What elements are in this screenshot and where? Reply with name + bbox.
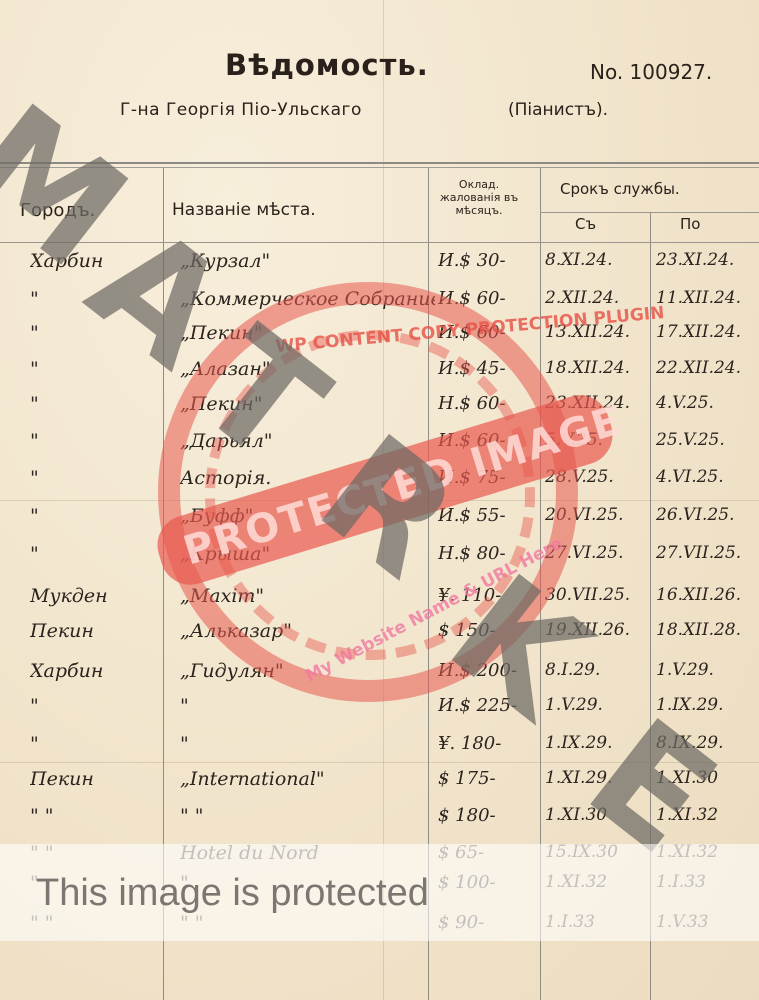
cell-salary: ¥. 180-	[438, 733, 538, 754]
table-row: Пекин„Альказар"$ 150-19.XII.26.18.XII.28…	[0, 620, 759, 656]
header-from: Съ	[575, 215, 596, 233]
cell-to-date: 8.IX.29.	[656, 733, 759, 753]
header-place: Названіе мѣста.	[172, 200, 316, 220]
cell-to-date: 1.V.29.	[656, 660, 759, 680]
cell-from-date: 13.XII.24.	[545, 322, 650, 342]
cell-from-date: 1.V.29.	[545, 695, 650, 715]
cell-to-date: 26.VI.25.	[656, 505, 759, 525]
cell-to-date: 1.XI.32	[656, 805, 759, 825]
cell-place: Асторія.	[180, 467, 435, 489]
cell-place: „Пекин"	[180, 322, 435, 344]
table-row: "„Коммерческое Собрание"И.$ 60-2.XII.24.…	[0, 288, 759, 324]
table-row: "Асторія.И.$ 75-28.V.25.4.VI.25.	[0, 467, 759, 503]
cell-place: " "	[180, 805, 435, 827]
cell-city: Мукден	[30, 585, 160, 607]
table-row: Пекин„International"$ 175-1.XI.29.1.XI.3…	[0, 768, 759, 804]
cell-salary: Н.$ 60-	[438, 393, 538, 414]
cell-city: "	[30, 393, 160, 415]
table-row: Харбин„Гидулян"И.$ 200-8.I.29.1.V.29.	[0, 660, 759, 696]
cell-from-date: 8.I.29.	[545, 660, 650, 680]
cell-city: "	[30, 288, 160, 310]
table-row: ""И.$ 225-1.V.29.1.IX.29.	[0, 695, 759, 731]
cell-to-date: 4.V.25.	[656, 393, 759, 413]
cell-city: "	[30, 733, 160, 755]
cell-place: "	[180, 695, 435, 717]
cell-place: „Курзал"	[180, 250, 435, 272]
cell-from-date: 8.XI.24.	[545, 250, 650, 270]
cell-to-date: 17.XII.24.	[656, 322, 759, 342]
cell-city: "	[30, 430, 160, 452]
cell-from-date: 20.VI.25.	[545, 505, 650, 525]
cell-place: „Крыша"	[180, 543, 435, 565]
cell-place: "	[180, 733, 435, 755]
cell-to-date: 23.XI.24.	[656, 250, 759, 270]
header-bottom-border	[0, 242, 759, 243]
cell-city: "	[30, 467, 160, 489]
cell-salary: ¥. 110-	[438, 585, 538, 606]
cell-place: „International"	[180, 768, 435, 790]
document-subtitle: Г-на Георгія Піо-Ульскаго	[120, 100, 362, 120]
cell-city: Пекин	[30, 768, 160, 790]
cell-salary: И.$ 75-	[438, 467, 538, 488]
cell-to-date: 22.XII.24.	[656, 358, 759, 378]
cell-from-date: 1.XI.29.	[545, 768, 650, 788]
table-row: "„Алазан"И.$ 45-18.XII.24.22.XII.24.	[0, 358, 759, 394]
table-row: "„Буфф"И.$ 55-20.VI.25.26.VI.25.	[0, 505, 759, 541]
cell-salary: $ 180-	[438, 805, 538, 826]
table-row: Харбин„Курзал"И.$ 30-8.XI.24.23.XI.24.	[0, 250, 759, 286]
cell-from-date: 5.V.25.	[545, 430, 650, 450]
cell-to-date: 1.XI.30	[656, 768, 759, 788]
cell-from-date: 2.XII.24.	[545, 288, 650, 308]
header-city: Городъ.	[20, 200, 95, 221]
cell-from-date: 1.XI.30	[545, 805, 650, 825]
table-row: "„Пекин"Н.$ 60-23.XII.24.4.V.25.	[0, 393, 759, 429]
profession-label: (Піанистъ).	[508, 100, 608, 120]
cell-from-date: 27.VI.25.	[545, 543, 650, 563]
header-to: По	[680, 215, 700, 233]
header-term: Срокъ службы.	[560, 180, 680, 198]
protection-banner-text: This image is protected	[36, 872, 429, 915]
cell-from-date: 30.VII.25.	[545, 585, 650, 605]
cell-to-date: 16.XII.26.	[656, 585, 759, 605]
cell-place: „Пекин"	[180, 393, 435, 415]
table-row: Мукден„Махіт"¥. 110-30.VII.25.16.XII.26.	[0, 585, 759, 621]
cell-city: " "	[30, 805, 160, 827]
cell-from-date: 23.XII.24.	[545, 393, 650, 413]
cell-salary: Н.$ 80-	[438, 543, 538, 564]
cell-salary: И.$ 225-	[438, 695, 538, 716]
cell-place: „Махіт"	[180, 585, 435, 607]
document-number: No. 100927.	[590, 60, 712, 84]
cell-to-date: 1.IX.29.	[656, 695, 759, 715]
table-row: "„Крыша"Н.$ 80-27.VI.25.27.VII.25.	[0, 543, 759, 579]
cell-salary: $ 150-	[438, 620, 538, 641]
cell-place: „Коммерческое Собрание"	[180, 288, 435, 310]
table-row: "„Пекин"И.$ 60-13.XII.24.17.XII.24.	[0, 322, 759, 358]
cell-city: "	[30, 322, 160, 344]
cell-salary: И.$ 55-	[438, 505, 538, 526]
cell-to-date: 11.XII.24.	[656, 288, 759, 308]
cell-to-date: 4.VI.25.	[656, 467, 759, 487]
cell-to-date: 25.V.25.	[656, 430, 759, 450]
cell-place: „Дарьял"	[180, 430, 435, 452]
cell-city: "	[30, 505, 160, 527]
cell-salary: И.$ 60-	[438, 322, 538, 343]
cell-salary: И.$ 30-	[438, 250, 538, 271]
header-salary: Оклад. жалованія въ мѣсяцъ.	[430, 178, 528, 217]
cell-salary: И.$ 60-	[438, 430, 538, 451]
cell-city: Пекин	[30, 620, 160, 642]
cell-place: „Буфф"	[180, 505, 435, 527]
cell-place: „Альказар"	[180, 620, 435, 642]
cell-city: Харбин	[30, 250, 160, 272]
cell-city: Харбин	[30, 660, 160, 682]
header-subdivider	[540, 212, 759, 213]
cell-salary: И.$ 45-	[438, 358, 538, 379]
cell-city: "	[30, 695, 160, 717]
cell-place: „Алазан"	[180, 358, 435, 380]
document-title: Вѣдомость.	[225, 48, 429, 82]
cell-salary: $ 175-	[438, 768, 538, 789]
cell-city: "	[30, 358, 160, 380]
cell-city: "	[30, 543, 160, 565]
cell-from-date: 28.V.25.	[545, 467, 650, 487]
table-row: ""¥. 180-1.IX.29.8.IX.29.	[0, 733, 759, 769]
cell-from-date: 18.XII.24.	[545, 358, 650, 378]
table-row: " "" "$ 180-1.XI.301.XI.32	[0, 805, 759, 841]
cell-to-date: 27.VII.25.	[656, 543, 759, 563]
cell-from-date: 19.XII.26.	[545, 620, 650, 640]
table-row: "„Дарьял"И.$ 60-5.V.25.25.V.25.	[0, 430, 759, 466]
cell-salary: И.$ 60-	[438, 288, 538, 309]
cell-from-date: 1.IX.29.	[545, 733, 650, 753]
cell-to-date: 18.XII.28.	[656, 620, 759, 640]
cell-place: „Гидулян"	[180, 660, 435, 682]
cell-salary: И.$ 200-	[438, 660, 538, 681]
